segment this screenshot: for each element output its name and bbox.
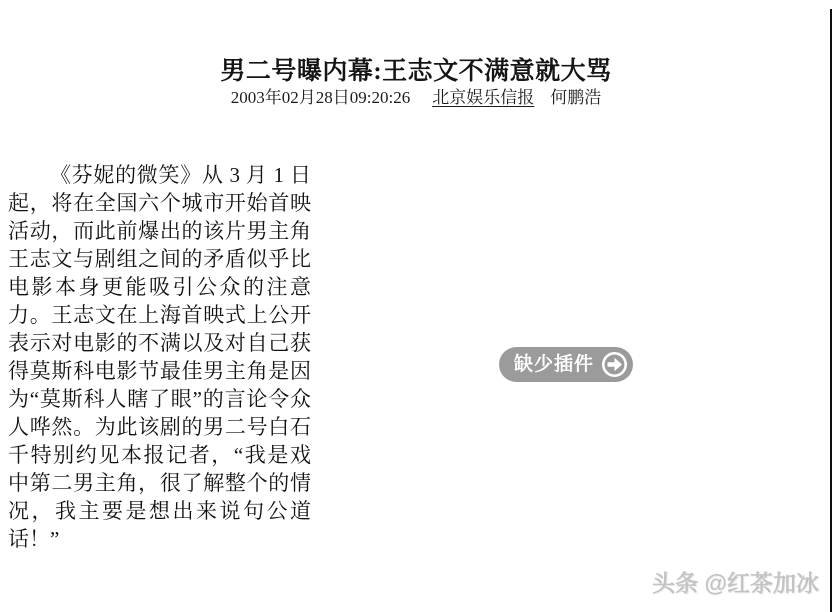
source-link[interactable]: 北京娱乐信报: [432, 88, 534, 107]
publish-timestamp: 2003年02月28日09:20:26: [231, 88, 410, 107]
arrow-right-circle-icon: [601, 351, 628, 378]
author-name: 何鹏浩: [550, 88, 601, 107]
dateline: 2003年02月28日09:20:26北京娱乐信报何鹏浩: [0, 83, 832, 108]
missing-plugin-label: 缺少插件: [514, 355, 594, 374]
page-title: 男二号曝内幕:王志文不满意就大骂: [0, 51, 832, 87]
article-page: 男二号曝内幕:王志文不满意就大骂 2003年02月28日09:20:26北京娱乐…: [0, 0, 832, 612]
toutiao-watermark: 头条 @红茶加冰: [652, 565, 819, 598]
missing-plugin-badge[interactable]: 缺少插件: [499, 347, 633, 382]
article-body-paragraph: 《芬妮的微笑》从 3 月 1 日起，将在全国六个城市开始首映活动，而此前爆出的该…: [8, 161, 311, 553]
